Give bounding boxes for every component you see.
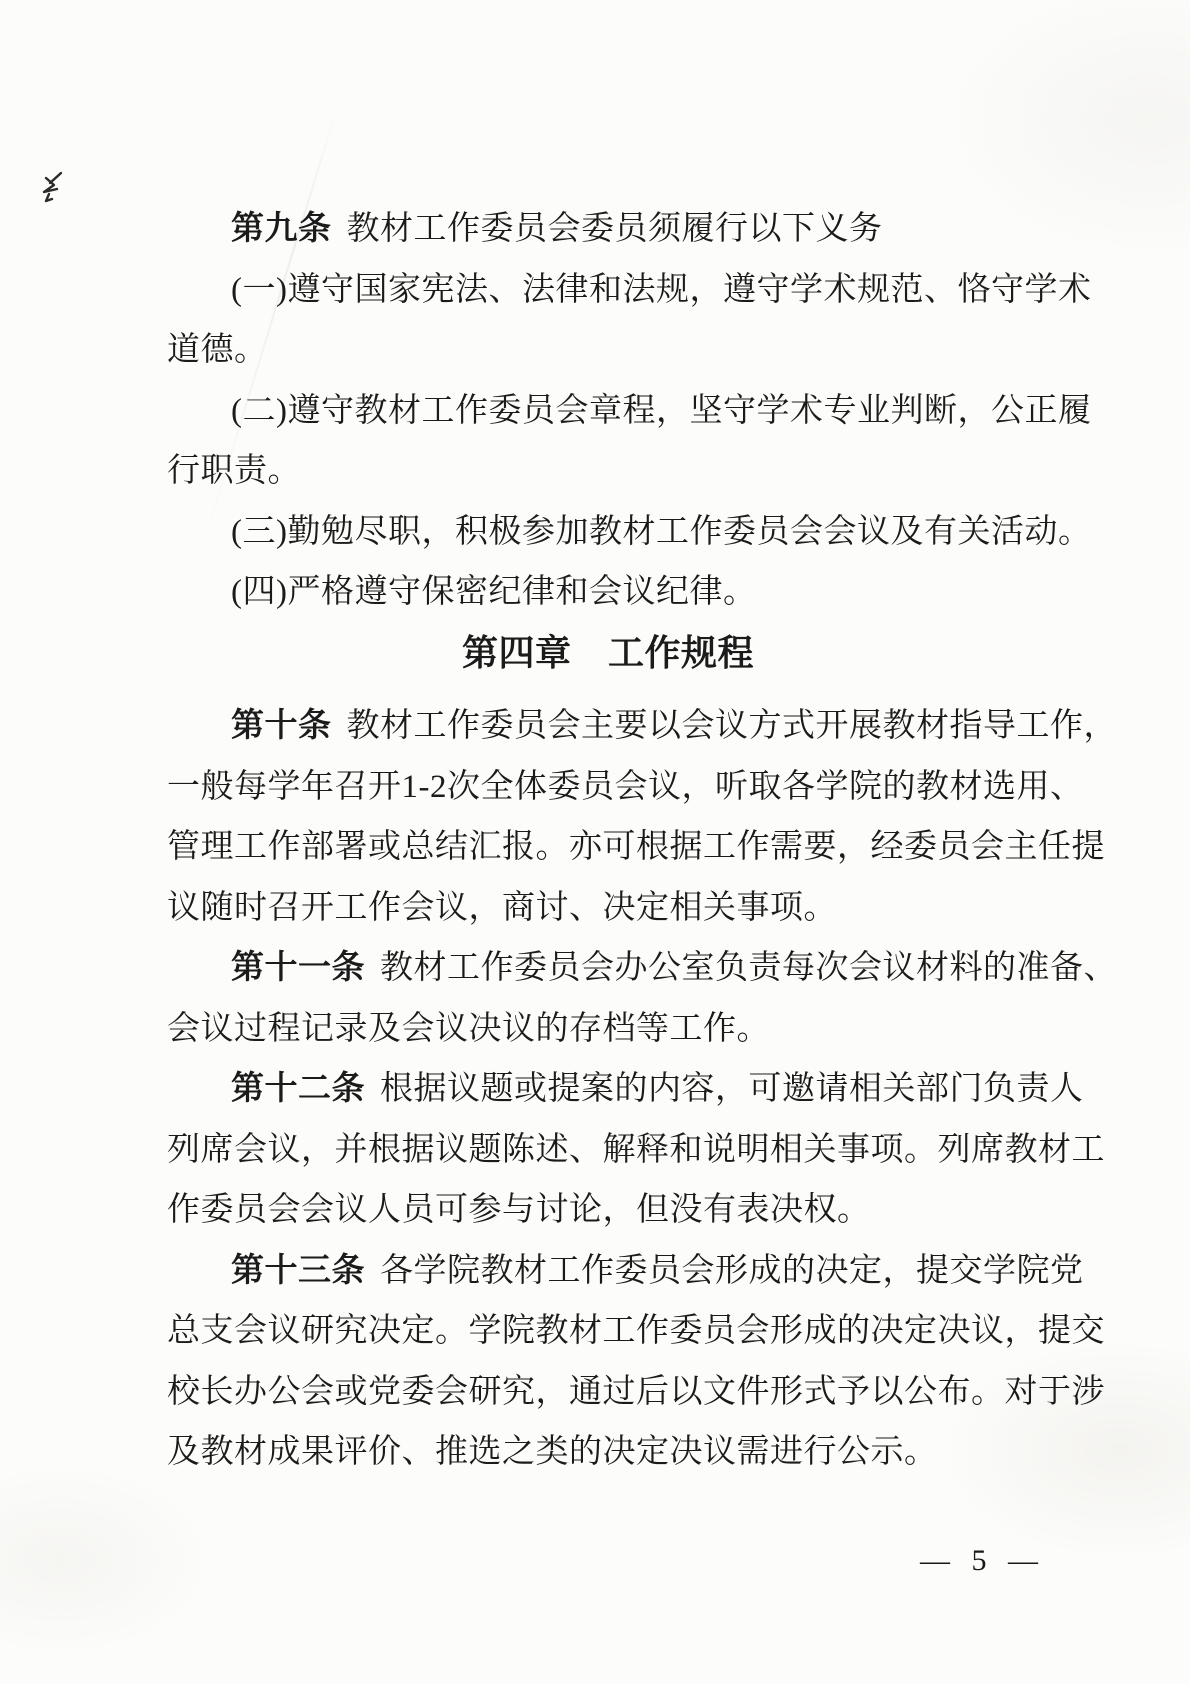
pen-scribble-icon [40,170,68,212]
line-text: 教材工作委员会委员须履行以下义务 [347,211,883,247]
scanned-document-page: 第九条教材工作委员会委员须履行以下义务(一)遵守国家宪法、法律和法规，遵守学术规… [0,0,1190,1684]
line-text: 会议过程记录及会议决议的存档等工作。 [167,1011,770,1047]
article-number: 第十二条 [231,1071,365,1107]
line-text: 各学院教材工作委员会形成的决定，提交学院党 [380,1253,1084,1289]
text-line: (四)严格遵守保密纪律和会议纪律。 [167,562,1049,623]
chapter-heading: 第四章 工作规程 [167,623,1049,684]
article-lead-line: 第九条教材工作委员会委员须履行以下义务 [167,199,1049,260]
line-text: 教材工作委员会办公室负责每次会议材料的准备、 [380,950,1117,986]
text-line: 议随时召开工作会议，商讨、决定相关事项。 [167,878,1049,939]
line-text: 总支会议研究决定。学院教材工作委员会形成的决定决议，提交 [167,1313,1105,1349]
line-text: 及教材成果评价、推选之类的决定决议需进行公示。 [167,1434,938,1470]
line-text: 行职责。 [167,453,301,489]
article-number: 第九条 [231,211,332,247]
text-line: (一)遵守国家宪法、法律和法规，遵守学术规范、恪守学术 [167,260,1049,321]
line-text: 校长办公会或党委会研究，通过后以文件形式予以公布。对于涉 [167,1374,1105,1410]
text-line: (二)遵守教材工作委员会章程，坚守学术专业判断，公正履 [167,381,1049,442]
text-line: 作委员会会议人员可参与讨论，但没有表决权。 [167,1180,1049,1241]
text-line: 及教材成果评价、推选之类的决定决议需进行公示。 [167,1422,1049,1483]
text-line: 行职责。 [167,441,1049,502]
line-text: 作委员会会议人员可参与讨论，但没有表决权。 [167,1192,871,1228]
line-text: (二)遵守教材工作委员会章程，坚守学术专业判断，公正履 [231,393,1091,429]
article-number: 第十三条 [231,1253,365,1289]
line-text: 道德。 [167,332,268,368]
article-number: 第十条 [231,708,332,744]
line-text: (一)遵守国家宪法、法律和法规，遵守学术规范、恪守学术 [231,272,1091,308]
article-lead-line: 第十一条教材工作委员会办公室负责每次会议材料的准备、 [167,938,1049,999]
line-text: 管理工作部署或总结汇报。亦可根据工作需要，经委员会主任提 [167,829,1105,865]
line-text: 列席会议，并根据议题陈述、解释和说明相关事项。列席教材工 [167,1132,1105,1168]
article-lead-line: 第十三条各学院教材工作委员会形成的决定，提交学院党 [167,1241,1049,1302]
line-text: (四)严格遵守保密纪律和会议纪律。 [231,574,756,610]
article-lead-line: 第十条教材工作委员会主要以会议方式开展教材指导工作， [167,696,1049,757]
line-text: 一般每学年召开1-2次全体委员会议，听取各学院的教材选用、 [167,769,1084,805]
text-line: 校长办公会或党委会研究，通过后以文件形式予以公布。对于涉 [167,1362,1049,1423]
text-line: 列席会议，并根据议题陈述、解释和说明相关事项。列席教材工 [167,1120,1049,1181]
document-body: 第九条教材工作委员会委员须履行以下义务(一)遵守国家宪法、法律和法规，遵守学术规… [167,199,1049,1483]
article-number: 第十一条 [231,950,365,986]
line-text: (三)勤勉尽职，积极参加教材工作委员会会议及有关活动。 [231,514,1091,550]
article-lead-line: 第十二条根据议题或提案的内容，可邀请相关部门负责人 [167,1059,1049,1120]
line-text: 议随时召开工作会议，商讨、决定相关事项。 [167,890,837,926]
line-text: 教材工作委员会主要以会议方式开展教材指导工作， [347,708,1118,744]
text-line: 管理工作部署或总结汇报。亦可根据工作需要，经委员会主任提 [167,817,1049,878]
line-text: 根据议题或提案的内容，可邀请相关部门负责人 [380,1071,1084,1107]
text-line: 一般每学年召开1-2次全体委员会议，听取各学院的教材选用、 [167,757,1049,818]
text-line: (三)勤勉尽职，积极参加教材工作委员会会议及有关活动。 [167,502,1049,563]
page-number: — 5 — [920,1544,1040,1578]
text-line: 总支会议研究决定。学院教材工作委员会形成的决定决议，提交 [167,1301,1049,1362]
line-text: 第四章 工作规程 [462,633,754,673]
text-line: 会议过程记录及会议决议的存档等工作。 [167,999,1049,1060]
text-line: 道德。 [167,320,1049,381]
